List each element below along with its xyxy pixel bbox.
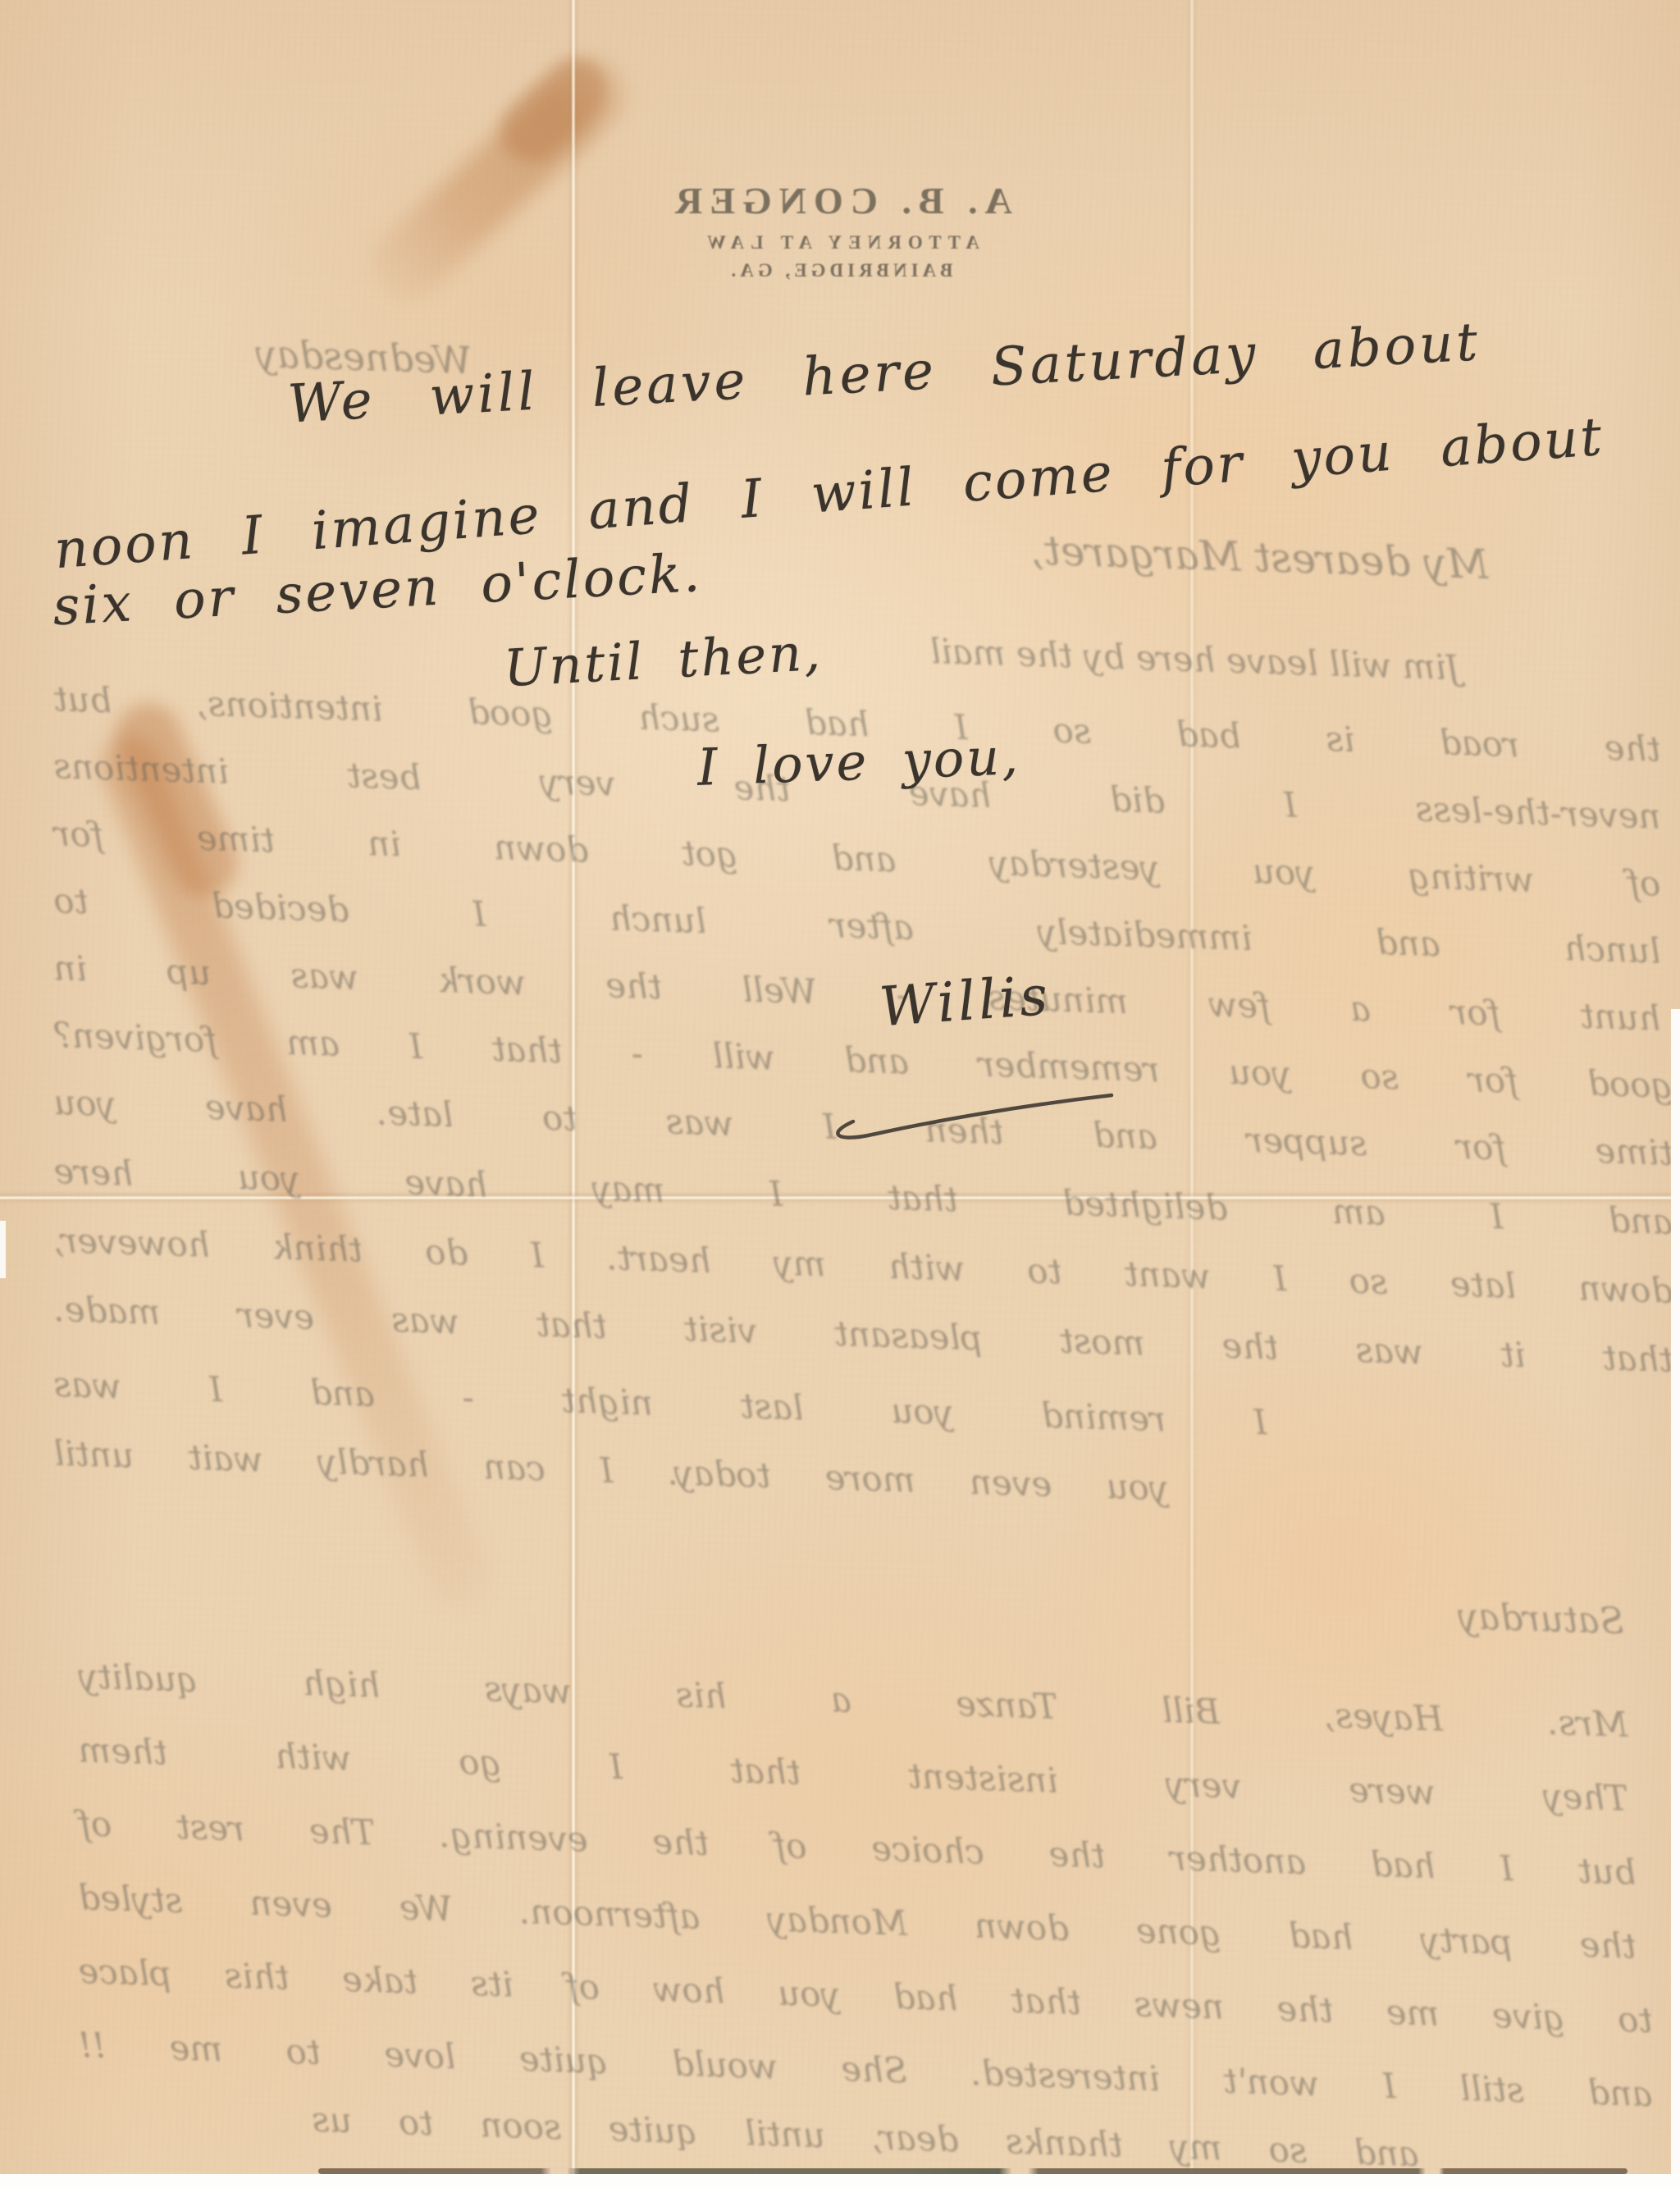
letterhead-location: BAINBRIDGE, GA. [0,260,1680,281]
paper-bottom-edge-shadow [318,2168,1627,2174]
scan-edge-left-wedge [0,1221,6,1278]
scan-edge-right [1671,1009,1680,2188]
scan-edge-bottom [0,2174,1680,2188]
letterhead-title: ATTORNEY AT LAW [0,232,1680,254]
closing-i-love-you: I love you, [696,726,1021,797]
letterhead-name: A. B. CONGER [0,179,1680,222]
letterhead-mirrored: A. B. CONGER ATTORNEY AT LAW BAINBRIDGE,… [0,179,1680,281]
bleedthrough-line: Saturday [1344,1592,1624,1643]
paper-sheet: A. B. CONGER ATTORNEY AT LAW BAINBRIDGE,… [0,0,1680,2174]
letter-scan: A. B. CONGER ATTORNEY AT LAW BAINBRIDGE,… [0,0,1680,2188]
signature-willis: Willis [878,964,1053,1039]
signature-underline-flourish [808,1062,1144,1153]
